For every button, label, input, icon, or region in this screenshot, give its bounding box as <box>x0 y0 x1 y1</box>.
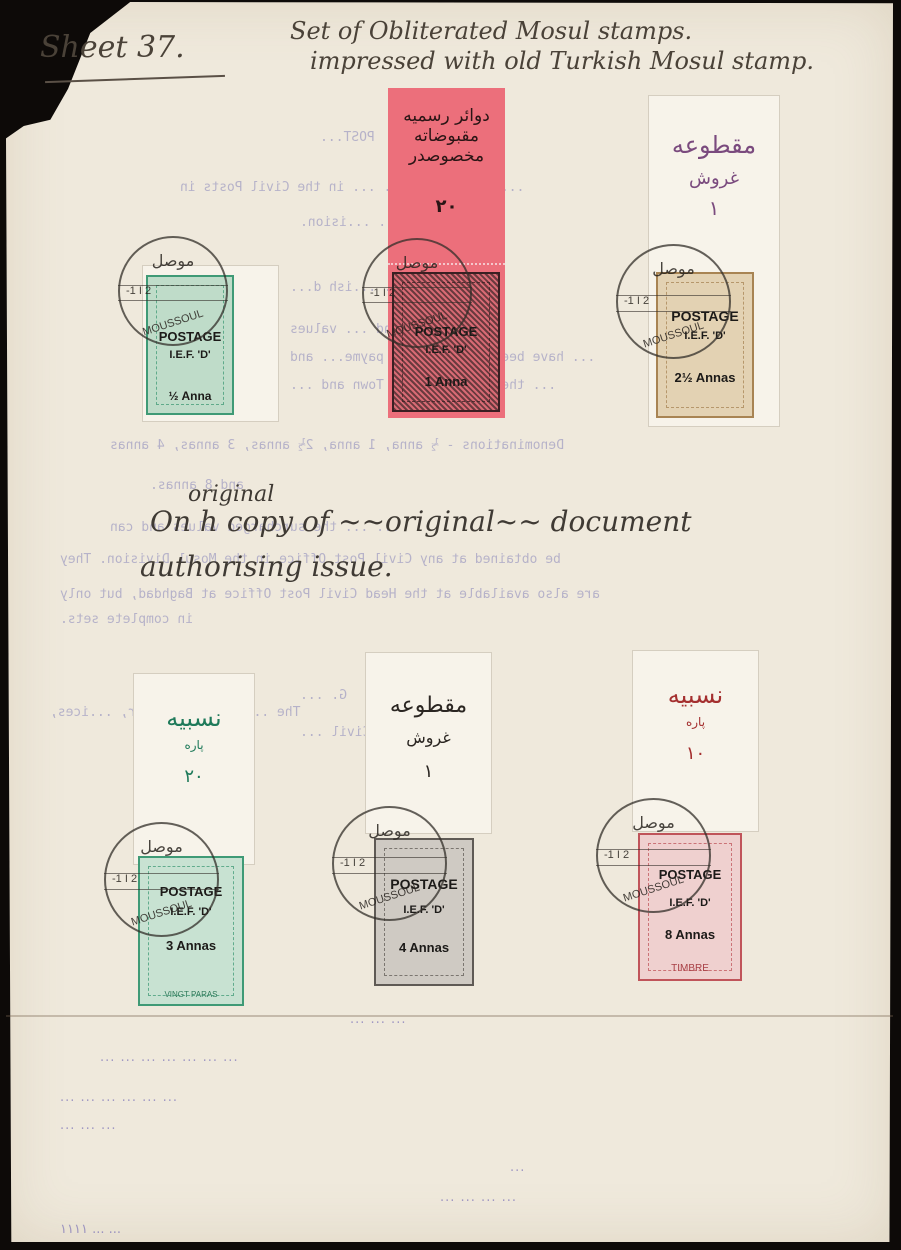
stamp-value: 2½ Annas <box>658 370 752 385</box>
strip-arabic-text: دوائر رسميه مقبوضاته مخصوصدر <box>388 106 505 166</box>
bleed-line: are also available at the Head Civil Pos… <box>60 587 600 602</box>
arabic-typed-line: ... ... ... ... ... ... ... <box>100 1050 239 1065</box>
postmark: موصل -1 I 2 MOUSSOUL <box>104 822 219 937</box>
sheet-description-line1: Set of Obliterated Mosul stamps. <box>290 16 814 46</box>
selvage-sub: غروش <box>366 728 491 747</box>
arabic-typed-line: ... ... ... <box>60 1118 116 1133</box>
sheet-description-line2: impressed with old Turkish Mosul stamp. <box>290 46 814 76</box>
strip-value: ٢٠ <box>388 196 505 217</box>
selvage-value: ٢٠ <box>134 766 254 787</box>
selvage-sub: پاره <box>633 715 758 729</box>
selvage-arabic: مقطوعه <box>366 693 491 718</box>
annotation-line: On h copy of ~~original~~ document <box>150 505 692 538</box>
arabic-typed-line: ١١١١ ... ... <box>60 1222 121 1237</box>
postmark: موصل -1 I 2 MOUSSOUL <box>118 236 228 346</box>
arabic-typed-line: ... ... ... ... ... ... <box>60 1090 178 1105</box>
selvage-value: ١ <box>366 761 491 782</box>
selvage-arabic: نسبيه <box>633 681 758 709</box>
postmark: موصل -1 I 2 MOUSSOUL <box>616 244 731 359</box>
stamp-value: 8 Annas <box>640 927 740 942</box>
stamp-bottom-text: TIMBRE <box>640 963 740 974</box>
bleed-line: in complete sets. <box>60 612 193 627</box>
stamp-value: ½ Anna <box>148 389 232 403</box>
arabic-typed-line: ... ... ... ... <box>440 1190 517 1205</box>
stamp-bottom-text: VINGT PARAS <box>140 990 242 999</box>
arabic-typed-line: ... <box>510 1160 525 1175</box>
postmark: موصل -1 I 2 MOUSSOUL <box>362 238 472 348</box>
sheet-description: Set of Obliterated Mosul stamps. impress… <box>290 16 814 76</box>
postmark: موصل -1 I 2 MOUSSOUL <box>596 798 711 913</box>
selvage-value: ١ <box>649 196 779 220</box>
selvage-sub: پاره <box>134 738 254 752</box>
stamp-value: 1 Anna <box>394 374 498 389</box>
bleed-line: Denominations - ½ anna, 1 anna, 2½ annas… <box>110 438 564 453</box>
overprint-ief: I.E.F. 'D' <box>148 349 232 361</box>
stamp-value: 4 Annas <box>376 940 472 955</box>
sheet-number: Sheet 37. <box>40 30 185 65</box>
annotation-insert: original <box>188 482 274 507</box>
selvage-sub: غروش <box>649 168 779 189</box>
postmark: موصل -1 I 2 MOUSSOUL <box>332 806 447 921</box>
bleed-line: G. ... <box>300 688 347 703</box>
selvage-arabic: مقطوعه <box>649 131 779 159</box>
arabic-typed-line: ... ... ... <box>350 1012 406 1027</box>
selvage-value: ١٠ <box>633 743 758 764</box>
bleed-line: POST... <box>320 130 375 145</box>
stamp-value: 3 Annas <box>140 938 242 953</box>
fold-line <box>6 1015 893 1017</box>
annotation-line: authorising issue. <box>140 550 393 583</box>
selvage-arabic: نسبيه <box>134 704 254 732</box>
